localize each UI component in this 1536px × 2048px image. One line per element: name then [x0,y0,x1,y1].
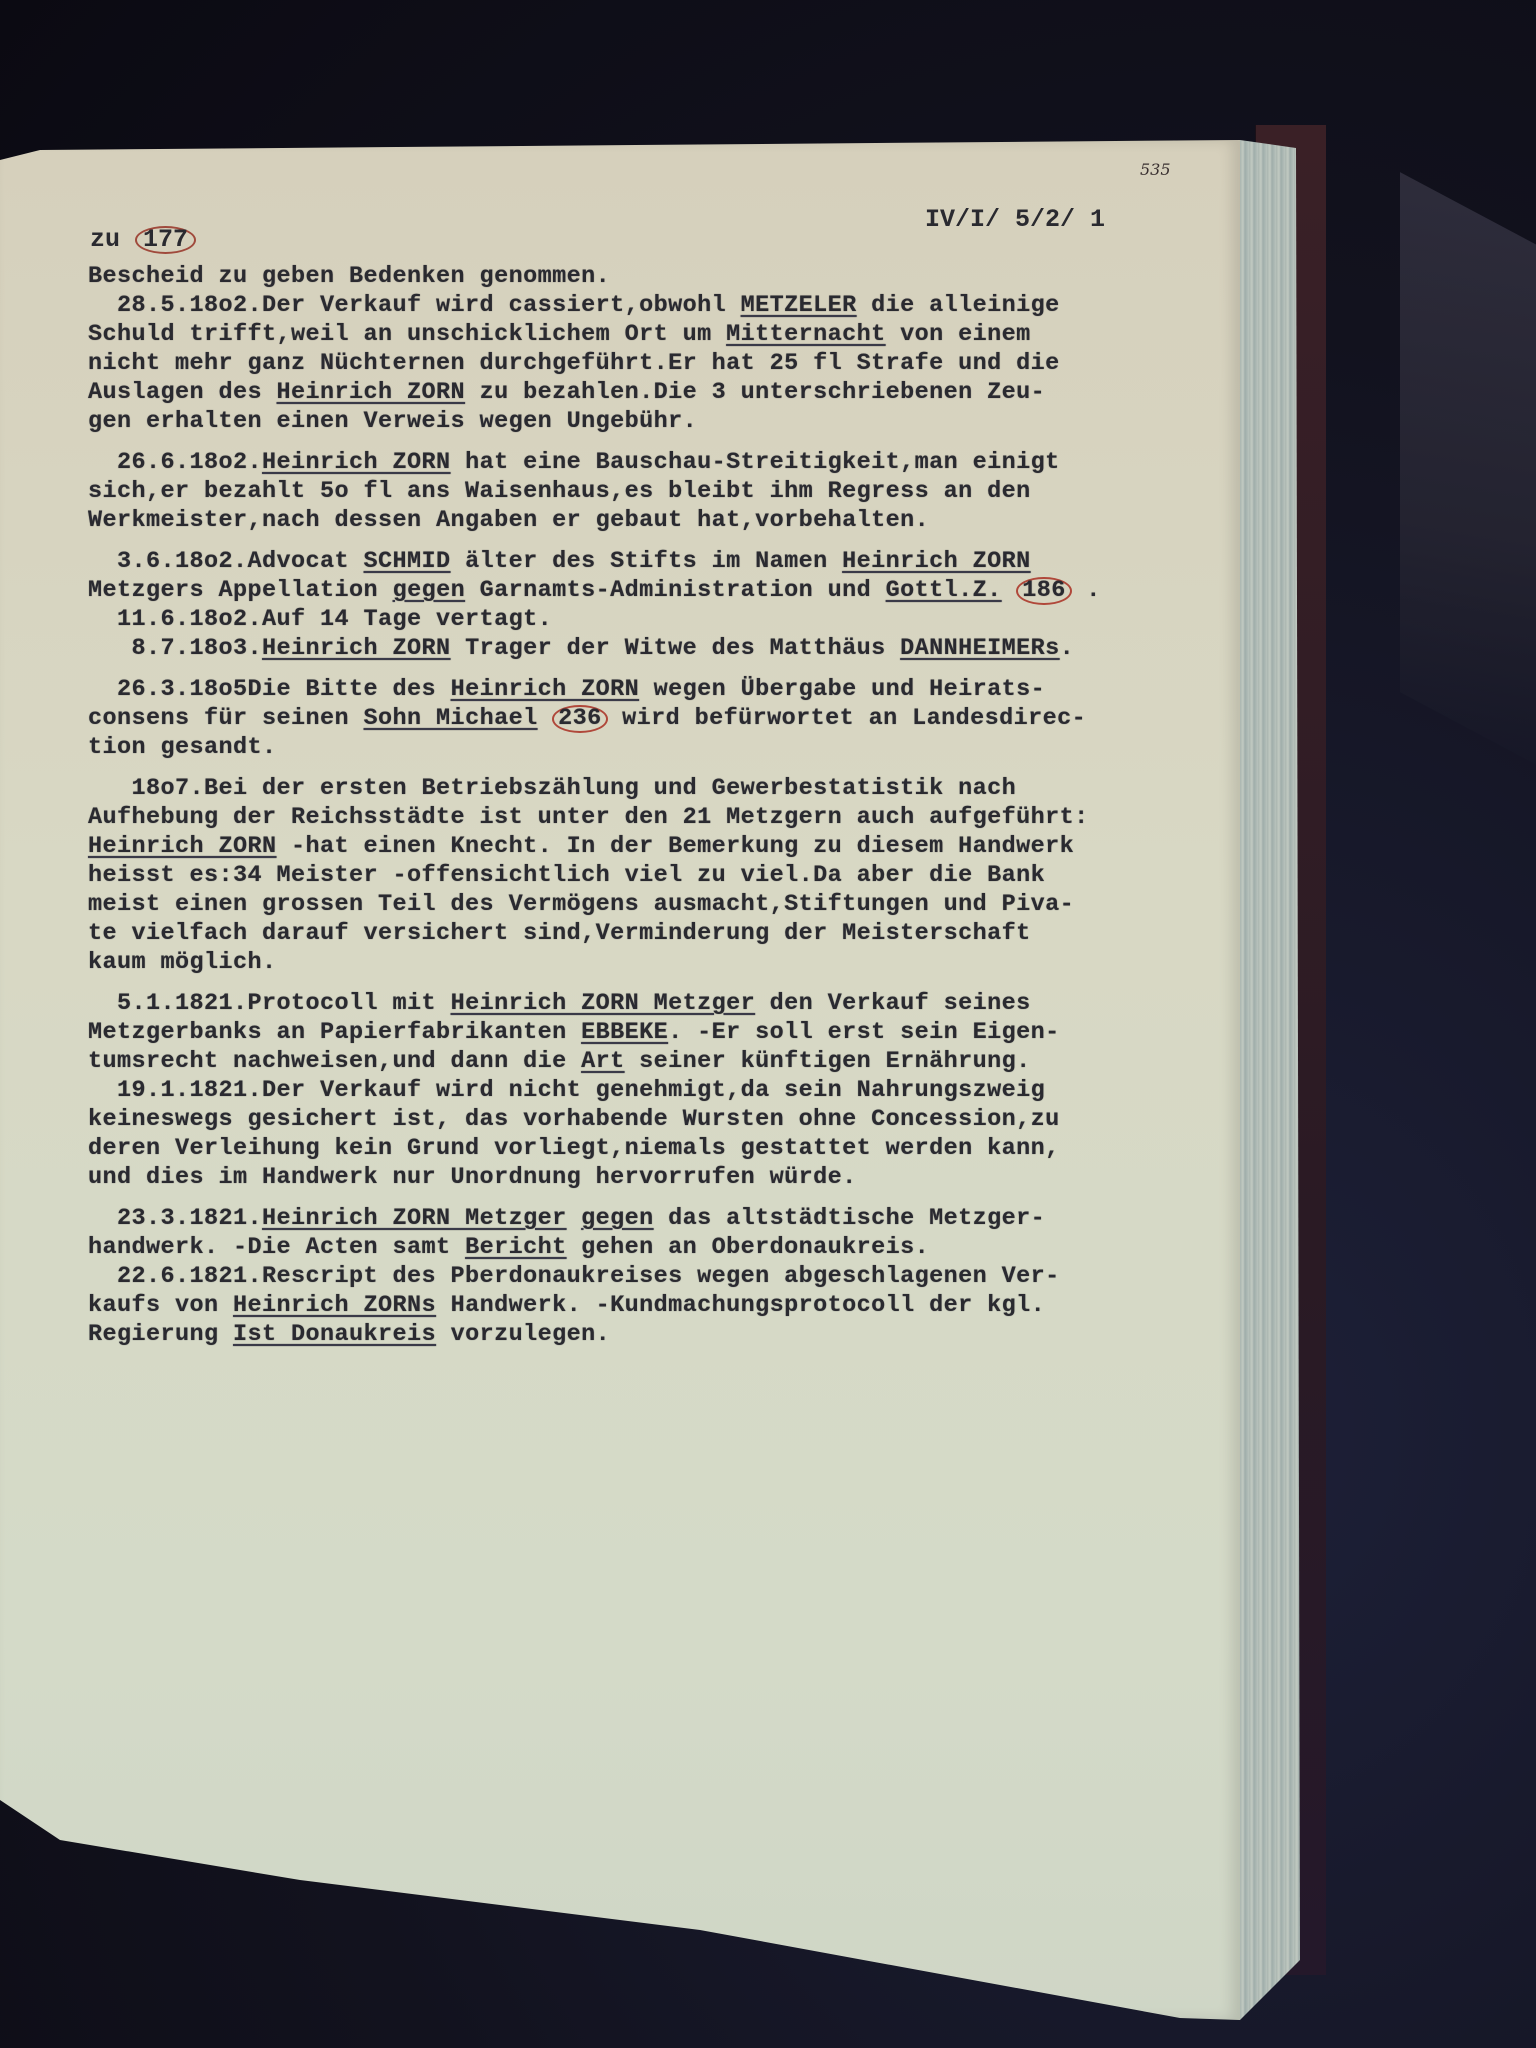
paragraph: 26.3.18o5Die Bitte des Heinrich ZORN weg… [88,675,1238,762]
text-line: Metzgers Appellation gegen Garnamts-Admi… [88,576,1238,605]
underlined-name: Heinrich ZORN [262,635,451,662]
text-line: Schuld trifft,weil an unschicklichem Ort… [88,320,1238,349]
text-line: 8.7.18o3.Heinrich ZORN Trager der Witwe … [88,634,1238,663]
text-line: consens für seinen Sohn Michael 236 wird… [88,704,1238,733]
text-line: Heinrich ZORN -hat einen Knecht. In der … [88,832,1238,861]
underlined-name: EBBEKE [581,1019,668,1046]
text-line: Aufhebung der Reichsstädte ist unter den… [88,803,1238,832]
entry-header: zu 177 [90,225,196,254]
underlined-name: Heinrich ZORN [262,449,451,476]
text-line: Werkmeister,nach dessen Angaben er gebau… [88,506,1238,535]
underlined-name: Art [581,1048,625,1075]
paragraph: 18o7.Bei der ersten Betriebszählung und … [88,774,1238,977]
folio-number: 535 [1140,160,1171,179]
circled-reference: 236 [552,705,608,733]
text-line: 22.6.1821.Rescript des Pberdonaukreises … [88,1262,1238,1291]
underlined-name: Ist Donaukreis [233,1321,436,1348]
archive-reference: IV/I/ 5/2/ 1 [925,205,1105,234]
underlined-name: Heinrich ZORN [88,833,277,860]
text-line: 28.5.18o2.Der Verkauf wird cassiert,obwo… [88,291,1238,320]
entry-number-circled: 177 [135,226,196,254]
text-line: 23.3.1821.Heinrich ZORN Metzger gegen da… [88,1204,1238,1233]
text-line: und dies im Handwerk nur Unordnung hervo… [88,1163,1238,1192]
underlined-name: Mitternacht [726,321,886,348]
paragraph: 23.3.1821.Heinrich ZORN Metzger gegen da… [88,1204,1238,1349]
underlined-name: Heinrich ZORNs [233,1292,436,1319]
underlined-name: Heinrich ZORN [842,548,1031,575]
text-line: 26.3.18o5Die Bitte des Heinrich ZORN weg… [88,675,1238,704]
text-line: Regierung Ist Donaukreis vorzulegen. [88,1320,1238,1349]
document-body: Bescheid zu geben Bedenken genommen. 28.… [88,262,1238,1349]
paragraph: Bescheid zu geben Bedenken genommen. 28.… [88,262,1238,436]
text-line: te vielfach darauf versichert sind,Vermi… [88,919,1238,948]
entry-prefix: zu [90,225,120,254]
text-line: sich,er bezahlt 5o fl ans Waisenhaus,es … [88,477,1238,506]
text-line: tumsrecht nachweisen,und dann die Art se… [88,1047,1238,1076]
underlined-name: Bericht [465,1234,567,1261]
text-line: Bescheid zu geben Bedenken genommen. [88,262,1238,291]
text-line: kaum möglich. [88,948,1238,977]
underlined-name: Sohn Michael [364,705,538,732]
underlined-name: METZELER [741,292,857,319]
text-line: 11.6.18o2.Auf 14 Tage vertagt. [88,605,1238,634]
paragraph: 3.6.18o2.Advocat SCHMID älter des Stifts… [88,547,1238,663]
underlined-name: Gottl.Z. [886,577,1002,604]
text-line: deren Verleihung kein Grund vorliegt,nie… [88,1134,1238,1163]
background-object [1400,172,1536,788]
underlined-name: Heinrich ZORN Metzger [262,1205,567,1232]
underlined-name: SCHMID [364,548,451,575]
text-line: nicht mehr ganz Nüchternen durchgeführt.… [88,349,1238,378]
underlined-name: DANNHEIMERs [900,635,1060,662]
text-line: 3.6.18o2.Advocat SCHMID älter des Stifts… [88,547,1238,576]
underlined-name: gegen [581,1205,654,1232]
underlined-name: Heinrich ZORN Metzger [451,990,756,1017]
text-line: keineswegs gesichert ist, das vorhabende… [88,1105,1238,1134]
text-line: handwerk. -Die Acten samt Bericht gehen … [88,1233,1238,1262]
paragraph: 5.1.1821.Protocoll mit Heinrich ZORN Met… [88,989,1238,1192]
underlined-name: Heinrich ZORN [277,379,466,406]
text-line: 18o7.Bei der ersten Betriebszählung und … [88,774,1238,803]
circled-reference: 186 [1016,577,1072,605]
text-line: heisst es:34 Meister -offensichtlich vie… [88,861,1238,890]
paragraph: 26.6.18o2.Heinrich ZORN hat eine Bauscha… [88,448,1238,535]
text-line: 26.6.18o2.Heinrich ZORN hat eine Bauscha… [88,448,1238,477]
text-line: gen erhalten einen Verweis wegen Ungebüh… [88,407,1238,436]
text-line: tion gesandt. [88,733,1238,762]
text-line: 19.1.1821.Der Verkauf wird nicht genehmi… [88,1076,1238,1105]
text-line: Auslagen des Heinrich ZORN zu bezahlen.D… [88,378,1238,407]
underlined-name: Heinrich ZORN [451,676,640,703]
text-line: Metzgerbanks an Papierfabrikanten EBBEKE… [88,1018,1238,1047]
text-line: meist einen grossen Teil des Vermögens a… [88,890,1238,919]
underlined-name: gegen [393,577,466,604]
text-line: 5.1.1821.Protocoll mit Heinrich ZORN Met… [88,989,1238,1018]
text-line: kaufs von Heinrich ZORNs Handwerk. -Kund… [88,1291,1238,1320]
